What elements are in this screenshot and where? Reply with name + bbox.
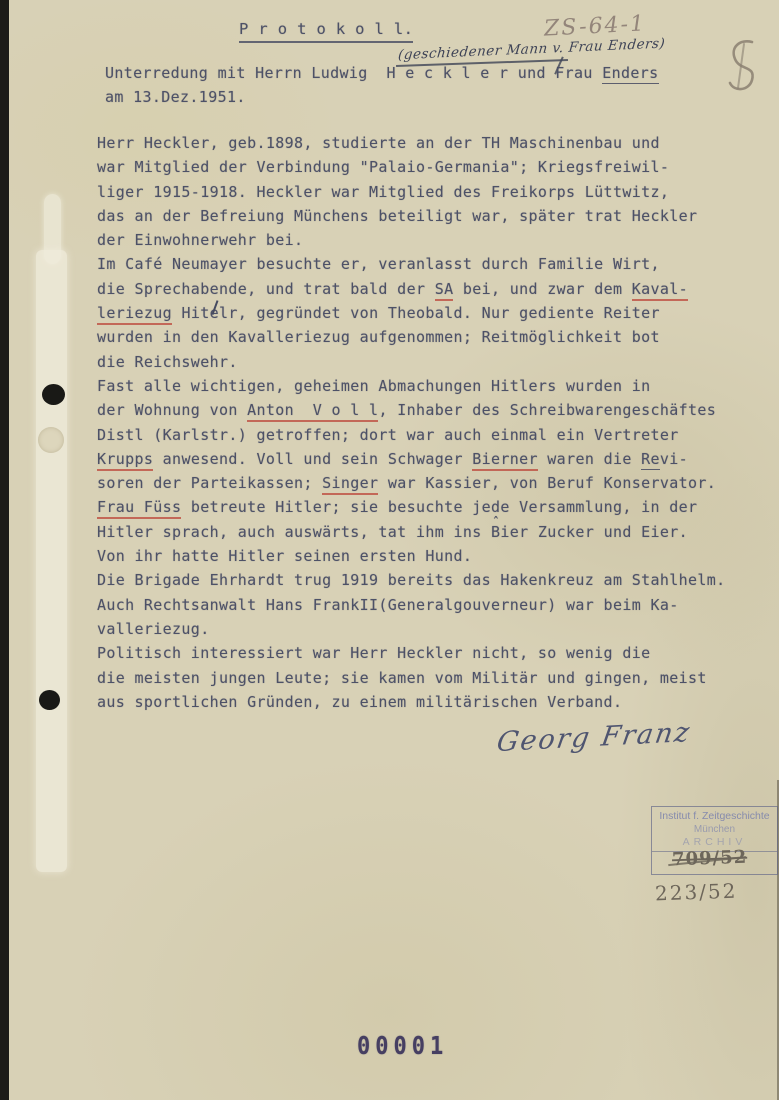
page-title: P r o t o k o l l.: [239, 20, 413, 43]
typed-line: valleriezug.: [97, 617, 726, 641]
typed-line: am 13.Dez.1951.: [105, 85, 659, 109]
typed-line: Politisch interessiert war Herr Heckler …: [97, 641, 726, 665]
old-archive-number: 709/52: [672, 847, 748, 871]
new-archive-number: 223/52: [655, 879, 738, 906]
typed-line: Die Brigade Ehrhardt trug 1919 bereits d…: [97, 568, 726, 592]
typed-line: leriezug Hitelr, gegründet von Theobald.…: [97, 301, 726, 325]
typed-line: Fast alle wichtigen, geheimen Abmachunge…: [97, 374, 726, 398]
scan-edge-left: [0, 0, 9, 1100]
typed-line: Unterredung mit Herrn Ludwig H e c k l e…: [105, 61, 659, 85]
interview-header: Unterredung mit Herrn Ludwig H e c k l e…: [105, 61, 659, 110]
typed-line: liger 1915-1918. Heckler war Mitglied de…: [97, 180, 726, 204]
scanned-document-page: P r o t o k o l l. ZS-64-1 (geschiedener…: [0, 0, 779, 1100]
signature: Georg Franz: [495, 717, 694, 758]
typed-line: Frau Füss betreute Hitler; sie besuchte …: [97, 495, 726, 519]
typed-line: war Mitglied der Verbindung "Palaio-Germ…: [97, 155, 726, 179]
typed-line: Auch Rechtsanwalt Hans FrankII(Generalgo…: [97, 593, 726, 617]
typed-line: der Wohnung von Anton V o l l, Inhaber d…: [97, 398, 726, 422]
typed-line: Hitler sprach, auch auswärts, tat ihm in…: [97, 520, 726, 544]
typed-line: das an der Befreiung Münchens beteiligt …: [97, 204, 726, 228]
stamp-city-line: München: [652, 823, 777, 836]
typed-line: wurden in den Kavalleriezug aufgenommen;…: [97, 325, 726, 349]
typed-line: die Sprechabende, und trat bald der SA b…: [97, 277, 726, 301]
typed-line: die Reichswehr.: [97, 350, 726, 374]
stamp-institute-line: Institut f. Zeitgeschichte: [652, 810, 777, 823]
old-punch-hole: [38, 427, 64, 453]
body-text: Herr Heckler, geb.1898, studierte an der…: [97, 131, 726, 714]
punch-hole-top: [42, 384, 65, 405]
typed-line: Krupps anwesend. Voll und sein Schwager …: [97, 447, 726, 471]
repair-tape-strip: [36, 250, 67, 872]
punch-hole-bottom: [39, 690, 60, 710]
typed-line: aus sportlichen Gründen, zu einem militä…: [97, 690, 726, 714]
typed-line: die meisten jungen Leute; sie kamen vom …: [97, 666, 726, 690]
typed-line: Herr Heckler, geb.1898, studierte an der…: [97, 131, 726, 155]
archive-stamp: Institut f. Zeitgeschichte München ARCHI…: [652, 810, 777, 849]
typed-line: Von ihr hatte Hitler seinen ersten Hund.: [97, 544, 726, 568]
typed-line: Distl (Karlstr.) getroffen; dort war auc…: [97, 423, 726, 447]
typed-line: Im Café Neumayer besuchte er, veranlasst…: [97, 252, 726, 276]
page-number-stamp: 00001: [357, 1032, 448, 1061]
typed-line: der Einwohnerwehr bei.: [97, 228, 726, 252]
typed-line: soren der Parteikassen; Singer war Kassi…: [97, 471, 726, 495]
pencil-mark-icon: [722, 38, 772, 98]
